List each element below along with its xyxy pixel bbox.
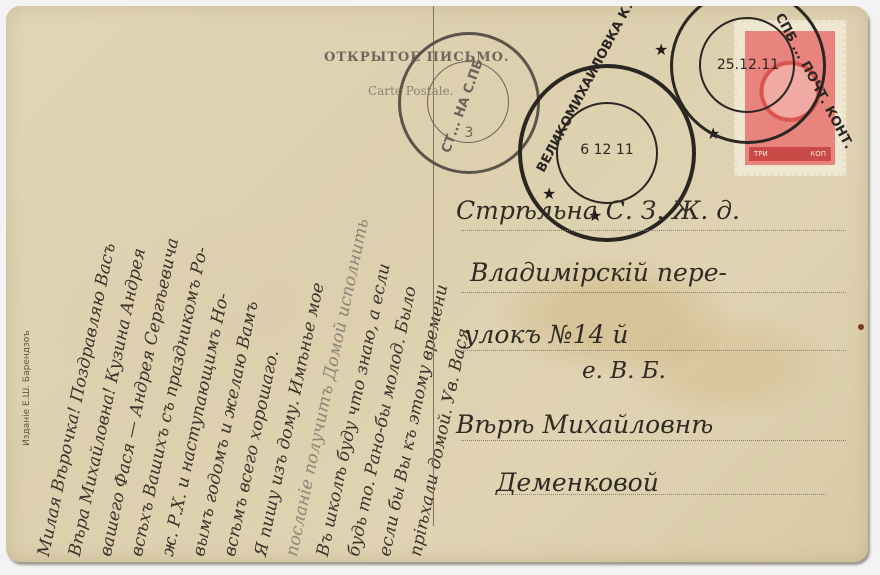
ink-stain bbox=[858, 324, 864, 330]
address-line-2: Владимірскій пере- bbox=[470, 258, 727, 287]
address-line-5: Вѣрѣ Михайловнѣ bbox=[456, 410, 713, 439]
address-line-3: улокъ №14 й bbox=[464, 320, 629, 349]
stamp-denomination: ТРИ КОП bbox=[749, 147, 831, 161]
address-rule bbox=[461, 230, 846, 231]
stamp-denomination-right: КОП bbox=[810, 150, 826, 158]
address-rule bbox=[461, 440, 846, 441]
address-line-6: Деменковой bbox=[496, 468, 659, 497]
address-line-4: е. В. Б. bbox=[582, 358, 666, 384]
address-rule bbox=[496, 494, 826, 495]
address-rule bbox=[461, 292, 846, 293]
postcard: Милая Вѣрочка! Поздравляю ВасъВѣра Михай… bbox=[6, 6, 868, 562]
address-line-1: Стрѣльна С. З. Ж. д. bbox=[456, 196, 740, 225]
address-rule bbox=[461, 350, 846, 351]
stamp-denomination-left: ТРИ bbox=[754, 150, 768, 158]
postmark-transit-date: 3 bbox=[401, 125, 537, 141]
publisher-imprint: Изданіе Е.Ш. Барендзоъ bbox=[22, 330, 32, 446]
